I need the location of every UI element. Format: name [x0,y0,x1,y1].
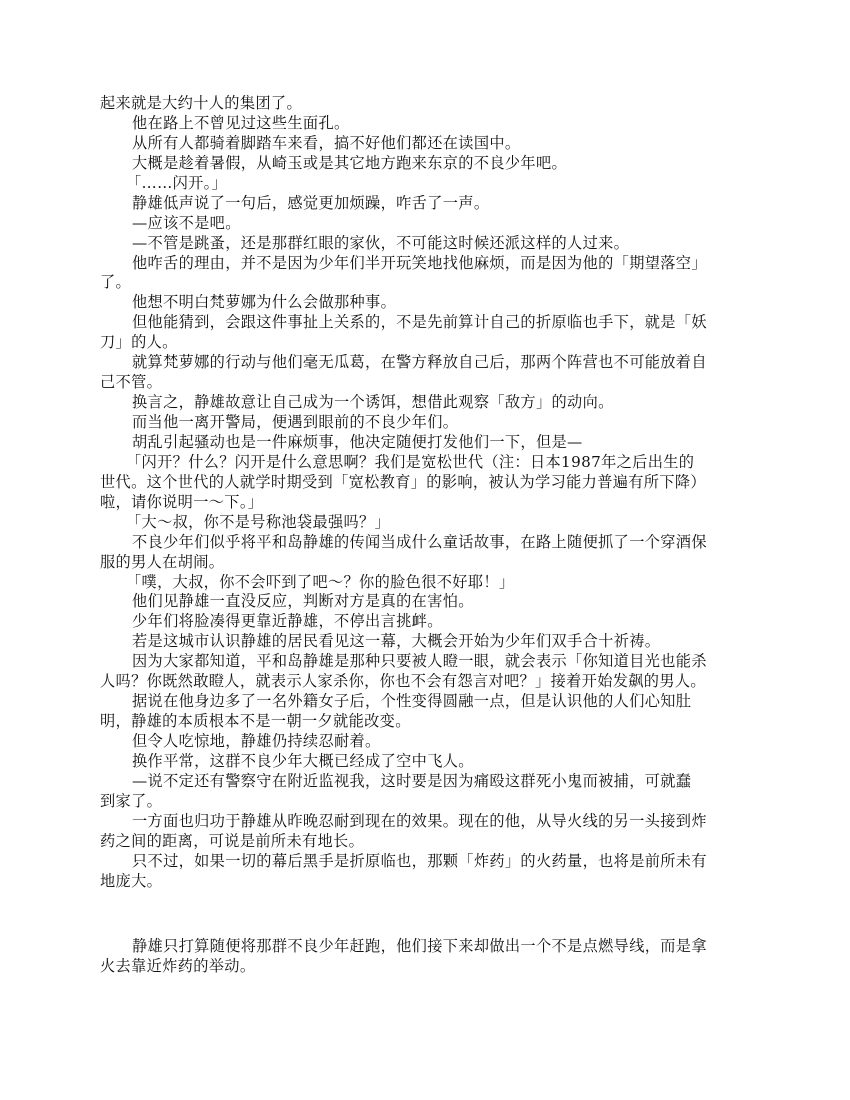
text-line: 而当他一离开警局，便遇到眼前的不良少年们。 [100,413,760,433]
text-line: 「大～叔，你不是号称池袋最强吗？」 [100,513,760,533]
text-line: —应该不是吧。 [100,214,760,234]
text-line: 若是这城市认识静雄的居民看见这一幕，大概会开始为少年们双手合十祈祷。 [100,632,760,652]
text-line: 「闪开？什么？闪开是什么意思啊？我们是宽松世代（注：日本1987年之后出生的 [100,453,760,473]
text-line: 不良少年们似乎将平和岛静雄的传闻当成什么童话故事，在路上随便抓了一个穿酒保 [100,533,760,553]
text-line: 他在路上不曾见过这些生面孔。 [100,114,760,134]
text-line: 明，静雄的本质根本不是一朝一夕就能改变。 [100,712,760,732]
text-line: 了。 [100,273,760,293]
text-line: 地庞大。 [100,872,760,892]
text-line: 到家了。 [100,792,760,812]
text-line: 刀」的人。 [100,333,760,353]
blank-line [100,911,760,937]
text-line: —不管是跳蚤，还是那群红眼的家伙，不可能这时候还派这样的人过来。 [100,234,760,254]
text-line: 从所有人都骑着脚踏车来看，搞不好他们都还在读国中。 [100,134,760,154]
text-line: 人吗？你既然敢瞪人，就表示人家杀你，你也不会有怨言对吧？」接着开始发飙的男人。 [100,672,760,692]
text-line: 「……闪开。」 [100,174,760,194]
text-line: 据说在他身边多了一名外籍女子后，个性变得圆融一点，但是认识他的人们心知肚 [100,692,760,712]
blank-line [100,892,760,912]
text-line: 世代。这个世代的人就学时期受到「宽松教育」的影响，被认为学习能力普遍有所下降） [100,473,760,493]
text-line: 少年们将脸凑得更靠近静雄，不停出言挑衅。 [100,612,760,632]
document-body: 起来就是大约十人的集团了。他在路上不曾见过这些生面孔。从所有人都骑着脚踏车来看，… [100,94,760,892]
text-line: 一方面也归功于静雄从昨晚忍耐到现在的效果。现在的他，从导火线的另一头接到炸 [100,812,760,832]
text-line: 因为大家都知道，平和岛静雄是那种只要被人瞪一眼，就会表示「你知道目光也能杀 [100,652,760,672]
document-page: 起来就是大约十人的集团了。他在路上不曾见过这些生面孔。从所有人都骑着脚踏车来看，… [100,94,760,977]
text-line: 他想不明白梵萝娜为什么会做那种事。 [100,293,760,313]
text-line: 服的男人在胡闹。 [100,553,760,573]
text-line: 就算梵萝娜的行动与他们毫无瓜葛，在警方释放自己后，那两个阵营也不可能放着自 [100,353,760,373]
text-line: 起来就是大约十人的集团了。 [100,94,760,114]
document-section-after-break: 静雄只打算随便将那群不良少年赶跑，他们接下来却做出一个不是点燃导线，而是拿火去靠… [100,937,760,977]
text-line: 他们见静雄一直没反应，判断对方是真的在害怕。 [100,592,760,612]
text-line: 胡乱引起骚动也是一件麻烦事，他决定随便打发他们一下，但是— [100,433,760,453]
text-line: 换言之，静雄故意让自己成为一个诱饵，想借此观察「敌方」的动向。 [100,393,760,413]
text-line: 但他能猜到，会跟这件事扯上关系的，不是先前算计自己的折原临也手下，就是「妖 [100,313,760,333]
text-line: 换作平常，这群不良少年大概已经成了空中飞人。 [100,752,760,772]
text-line: 「噗，大叔，你不会吓到了吧～？你的脸色很不好耶！」 [100,573,760,593]
text-line: —说不定还有警察守在附近监视我，这时要是因为痛殴这群死小鬼而被捕，可就蠢 [100,772,760,792]
text-line: 药之间的距离，可说是前所未有地长。 [100,832,760,852]
text-line: 只不过，如果一切的幕后黑手是折原临也，那颗「炸药」的火药量，也将是前所未有 [100,852,760,872]
text-line: 火去靠近炸药的举动。 [100,957,760,977]
text-line: 啦，请你说明一～下。」 [100,493,760,513]
text-line: 但令人吃惊地，静雄仍持续忍耐着。 [100,732,760,752]
text-line: 静雄低声说了一句后，感觉更加烦躁，咋舌了一声。 [100,194,760,214]
text-line: 静雄只打算随便将那群不良少年赶跑，他们接下来却做出一个不是点燃导线，而是拿 [100,937,760,957]
text-line: 他咋舌的理由，并不是因为少年们半开玩笑地找他麻烦，而是因为他的「期望落空」 [100,254,760,274]
text-line: 大概是趁着暑假，从崎玉或是其它地方跑来东京的不良少年吧。 [100,154,760,174]
text-line: 己不管。 [100,373,760,393]
